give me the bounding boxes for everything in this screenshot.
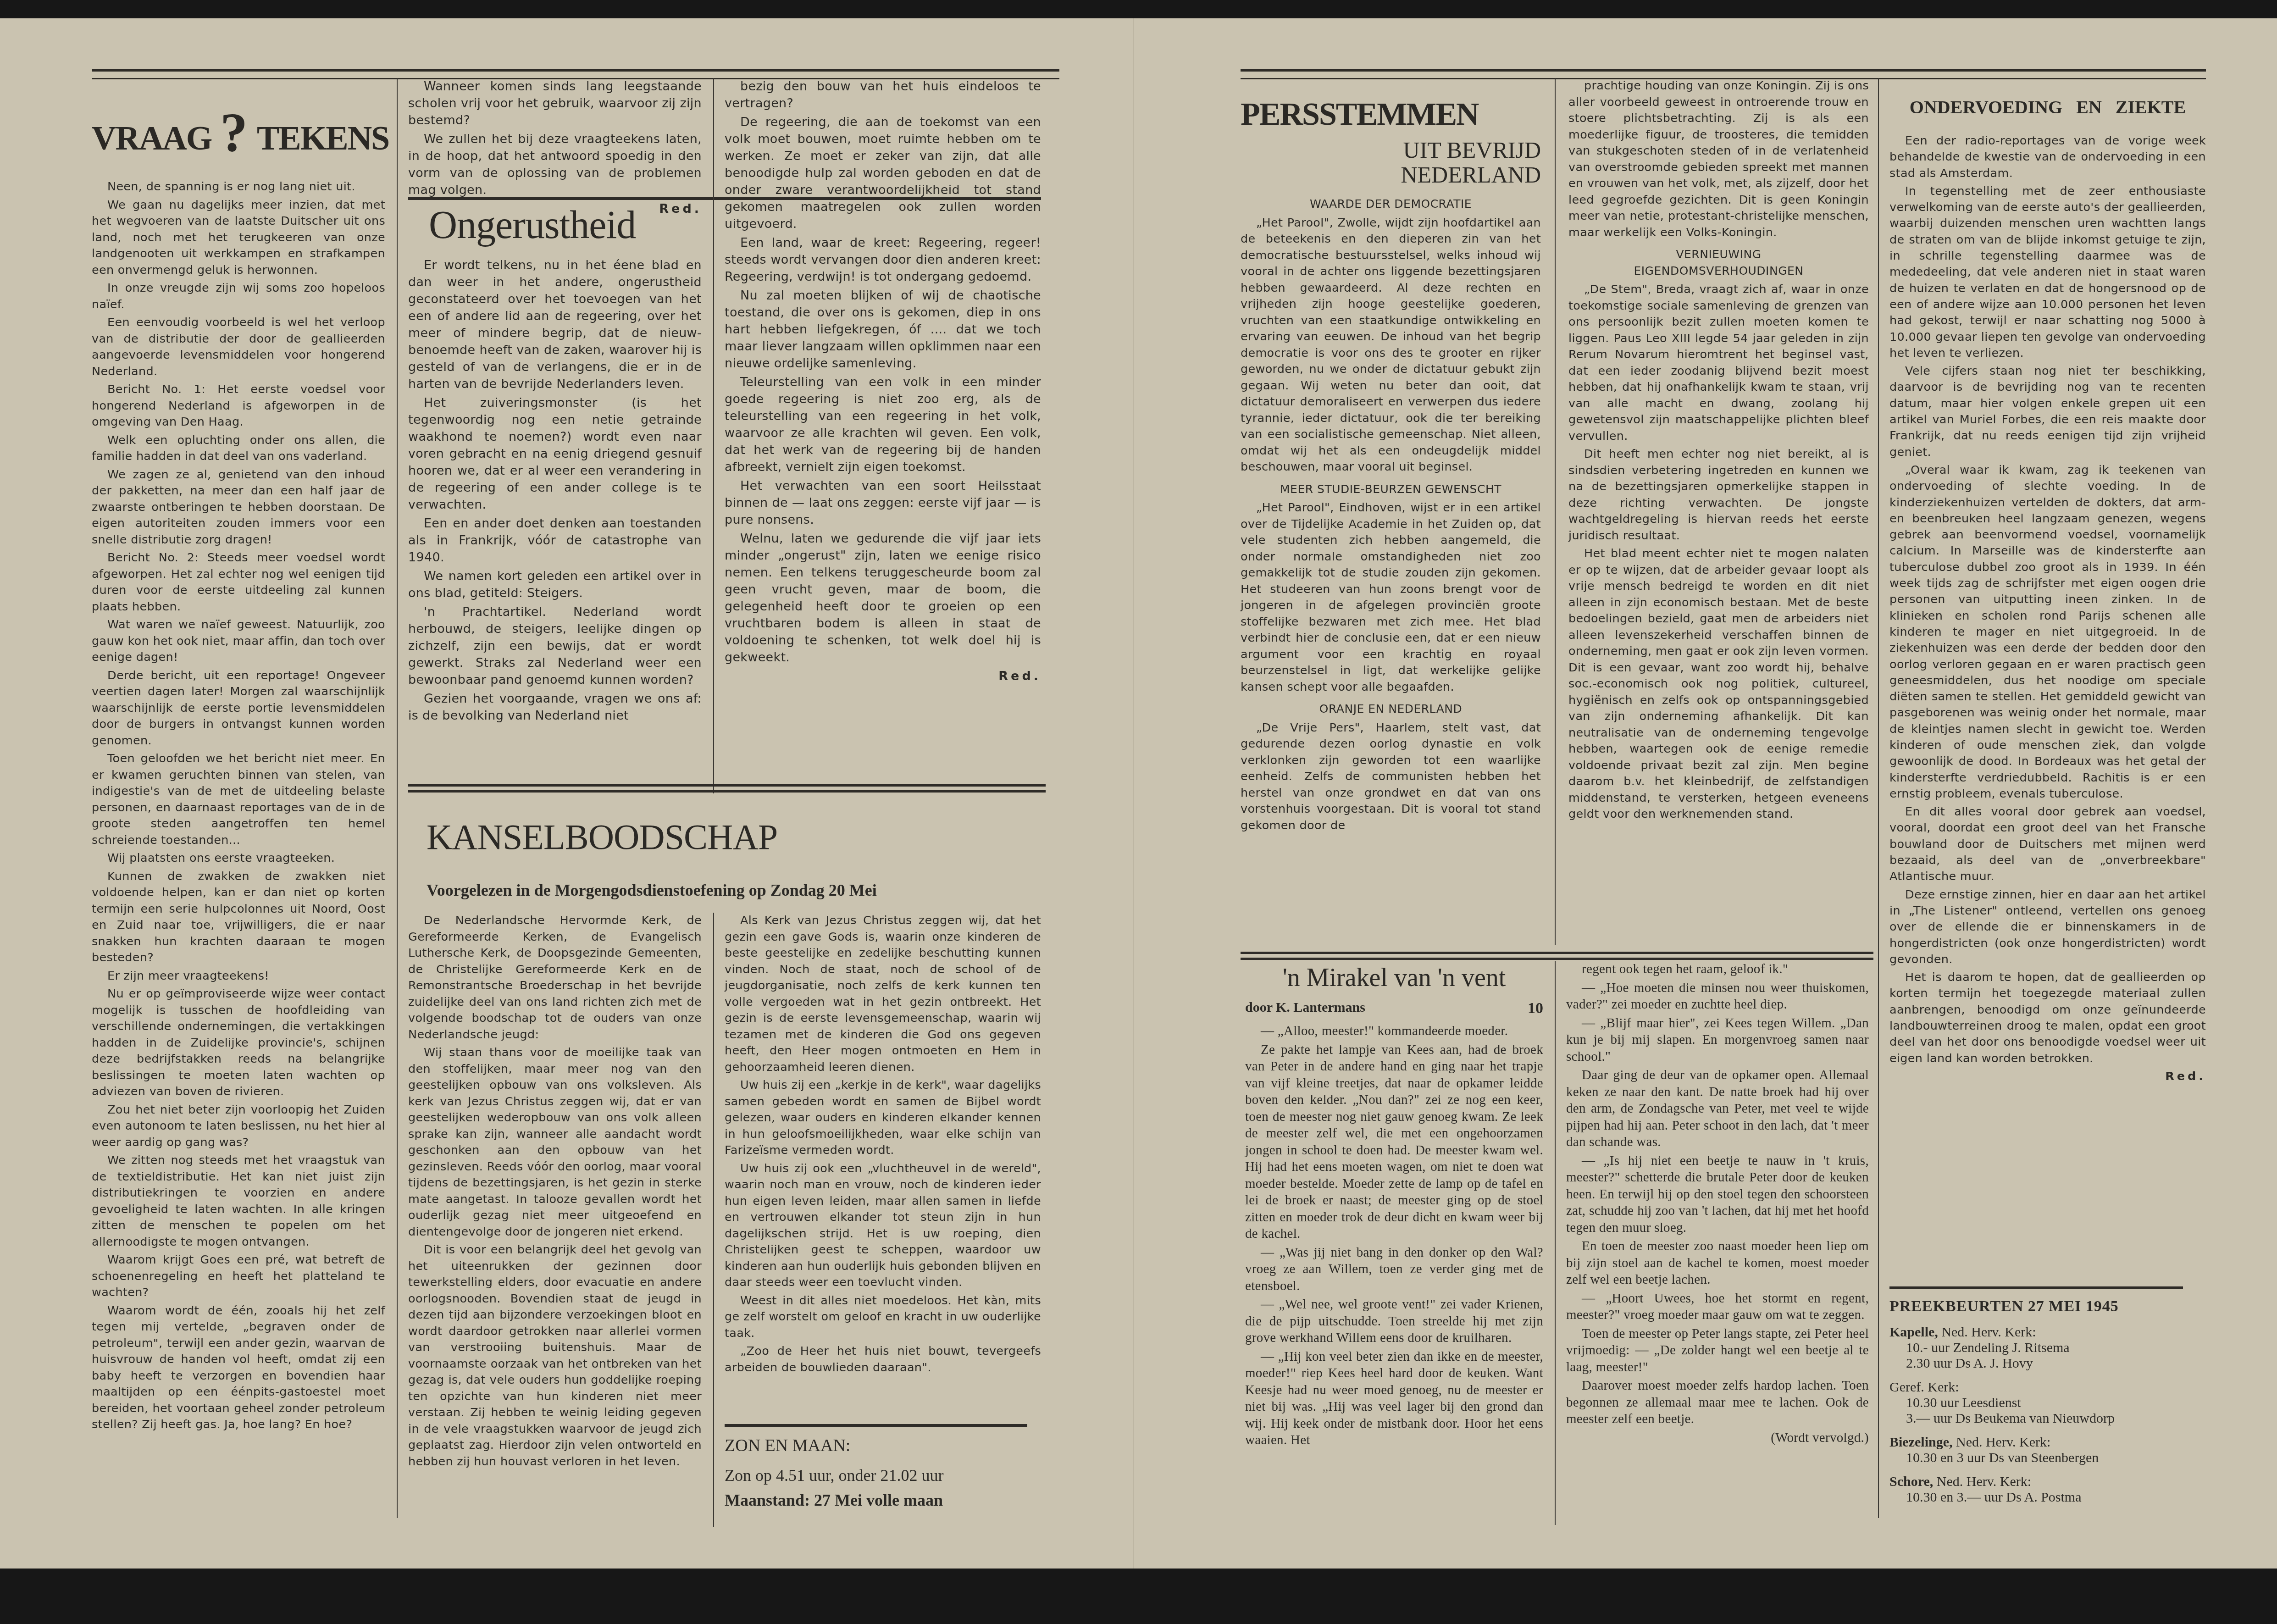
service-time: 3.— uur Ds Beukema van Nieuwdorp <box>1889 1411 2192 1426</box>
paragraph: De regeering, die aan de toekomst van ee… <box>725 114 1041 233</box>
service-time: 10.30 uur Leesdienst <box>1889 1395 2192 1411</box>
paragraph: bezig den bouw van het huis eindeloos te… <box>725 78 1041 112</box>
preekbeurten-title: PREEKBEURTEN 27 MEI 1945 <box>1889 1298 2192 1315</box>
signature: Red. <box>1889 1069 2206 1085</box>
column-divider <box>713 78 714 793</box>
kanselboodschap-title: KANSELBOODSCHAP <box>427 816 777 858</box>
paragraph: Gezien het voorgaande, vragen we ons af:… <box>408 690 702 724</box>
preekbeurten-box: PREEKBEURTEN 27 MEI 1945 Kapelle, Ned. H… <box>1889 1298 2192 1513</box>
subtitle-line: UIT BEVRIJD <box>1241 138 1541 162</box>
paragraph: „Het Parool", Zwolle, wijdt zijn hoofdar… <box>1241 215 1541 476</box>
left-page: VRAAG ? TEKENS Neen, de spanning is er n… <box>92 69 1059 1555</box>
persstemmen-column-1: WAARDE DER DEMOCRATIE„Het Parool", Zwoll… <box>1241 190 1541 836</box>
paragraph: Als Kerk van Jezus Christus zeggen wij, … <box>725 913 1041 1075</box>
paragraph: Bericht No. 2: Steeds meer voedsel wordt… <box>92 550 385 615</box>
paragraph: Daar ging de deur van de opkamer open. A… <box>1566 1067 1869 1151</box>
paragraph: Wanneer komen sinds lang leegstaande sch… <box>408 78 702 129</box>
service-time: 2.30 uur Ds A. J. Hovy <box>1889 1356 2192 1371</box>
paragraph: Toen de meester op Peter langs stapte, z… <box>1566 1325 1869 1376</box>
paragraph: Een land, waar de kreet: Regeering, rege… <box>725 234 1041 285</box>
church-entry: Kapelle, Ned. Herv. Kerk:10.- uur Zendel… <box>1889 1325 2192 1371</box>
paragraph: Het zuiveringsmonster (is het tegenwoord… <box>408 394 702 513</box>
service-time: 10.30 en 3.— uur Ds A. Postma <box>1889 1490 2192 1505</box>
church-entry: Schore, Ned. Herv. Kerk:10.30 en 3.— uur… <box>1889 1474 2192 1505</box>
paragraph: — „Was jij niet bang in den donker op de… <box>1245 1244 1543 1295</box>
paragraph: Wij staan thans voor de moeilijke taak v… <box>408 1045 702 1240</box>
paragraph: — „Wel nee, wel groote vent!" zei vader … <box>1245 1296 1543 1347</box>
signature: Red. <box>725 668 1041 685</box>
paragraph: Het blad meent echter niet te mogen nala… <box>1568 546 1869 823</box>
kanselboodschap-column-2: Als Kerk van Jezus Christus zeggen wij, … <box>725 913 1041 1378</box>
paragraph: Toen geloofden we het bericht niet meer.… <box>92 751 385 848</box>
vraagtekens-article: Neen, de spanning is er nog lang niet ui… <box>92 179 385 1435</box>
paragraph: 'n Prachtartikel. Nederland wordt herbou… <box>408 604 702 688</box>
subheading: WAARDE DER DEMOCRATIE <box>1241 196 1541 212</box>
ongerustheid-column-2: bezig den bouw van het huis eindeloos te… <box>725 78 1041 685</box>
column-divider <box>1555 961 1556 1525</box>
mirakel-byline-row: door K. Lantermans 10 <box>1245 1000 1543 1017</box>
church-entry: Biezelinge, Ned. Herv. Kerk:10.30 en 3 u… <box>1889 1435 2192 1466</box>
paragraph: Dit heeft men echter nog niet bereikt, a… <box>1568 446 1869 544</box>
paragraph: regent ook tegen het raam, geloof ik." <box>1566 961 1869 978</box>
ondervoeding-title: ONDERVOEDING EN ZIEKTE <box>1889 96 2206 118</box>
paragraph: Er zijn meer vraagteekens! <box>92 968 385 985</box>
church-service-list: Kapelle, Ned. Herv. Kerk:10.- uur Zendel… <box>1889 1325 2192 1505</box>
church-name: Geref. Kerk: <box>1889 1380 2192 1395</box>
paragraph: Neen, de spanning is er nog lang niet ui… <box>92 179 385 195</box>
paragraph: „De Stem", Breda, vraagt zich af, waar i… <box>1568 282 1869 444</box>
paragraph: Welk een opluchting onder ons allen, die… <box>92 432 385 465</box>
paragraph: Wij plaatsten ons eerste vraagteeken. <box>92 850 385 867</box>
page-fold <box>1133 18 1134 1569</box>
mirakel-column-2: regent ook tegen het raam, geloof ik."— … <box>1566 961 1869 1446</box>
section-rule <box>1241 952 1873 960</box>
paragraph: „Het Parool", Eindhoven, wijst er in een… <box>1241 500 1541 695</box>
paragraph: Daarover moest moeder zelfs hardop lache… <box>1566 1377 1869 1428</box>
ongerustheid-title: Ongerustheid <box>429 202 636 248</box>
paragraph: Deze ernstige zinnen, hier en daar aan h… <box>1889 887 2206 968</box>
section-rule <box>725 1424 1027 1427</box>
persstemmen-title: PERSSTEMMEN <box>1241 96 1479 133</box>
paragraph: „De Vrije Pers", Haarlem, stelt vast, da… <box>1241 720 1541 834</box>
church-entry: Geref. Kerk:10.30 uur Leesdienst3.— uur … <box>1889 1380 2192 1426</box>
paragraph: Er wordt telkens, nu in het éene blad en… <box>408 257 702 393</box>
church-name: Schore, Ned. Herv. Kerk: <box>1889 1474 2192 1490</box>
section-rule <box>408 784 1046 793</box>
paragraph: Weest in dit alles niet moedeloos. Het k… <box>725 1293 1041 1342</box>
paragraph: Ze pakte het lampje van Kees aan, had de… <box>1245 1042 1543 1242</box>
paragraph: Het is daarom te hopen, dat de geallieer… <box>1889 970 2206 1067</box>
title-word: VRAAG <box>92 119 211 158</box>
paragraph: Wat waren we naïef geweest. Natuurlijk, … <box>92 617 385 666</box>
paragraph: Nu er op geïmproviseerde wijze weer cont… <box>92 986 385 1100</box>
right-page: PERSSTEMMEN UIT BEVRIJD NEDERLAND WAARDE… <box>1241 69 2206 1555</box>
subheading: ORANJE EN NEDERLAND <box>1241 701 1541 717</box>
paragraph: En toen de meester zoo naast moeder heen… <box>1566 1238 1869 1288</box>
paragraph: Een eenvoudig voorbeeld is wel het verlo… <box>92 315 385 380</box>
paragraph: — „Alloo, meester!" kommandeerde moeder. <box>1245 1023 1543 1040</box>
paragraph: „Zoo de Heer het huis niet bouwt, teverg… <box>725 1343 1041 1376</box>
sun-times: Zon op 4.51 uur, onder 21.02 uur <box>725 1466 1027 1485</box>
zon-en-maan-box: ZON EN MAAN: Zon op 4.51 uur, onder 21.0… <box>725 1436 1027 1510</box>
paragraph: — „Hoe moeten die minsen nou weer thuisk… <box>1566 980 1869 1013</box>
mirakel-title: 'n Mirakel van 'n vent <box>1245 963 1543 992</box>
moon-phase: Maanstand: 27 Mei volle maan <box>725 1491 1027 1510</box>
persstemmen-column-2: prachtige houding van onze Koningin. Zij… <box>1568 78 1869 825</box>
paragraph: Welnu, laten we gedurende die vijf jaar … <box>725 530 1041 666</box>
question-mark: ? <box>220 101 248 164</box>
kanselboodschap-subtitle: Voorgelezen in de Morgengodsdienstoefeni… <box>427 881 877 900</box>
paragraph: Teleurstelling van een volk in een minde… <box>725 374 1041 476</box>
paragraph: In tegenstelling met de zeer enthousiast… <box>1889 183 2206 361</box>
paragraph: Bericht No. 1: Het eerste voedsel voor h… <box>92 382 385 431</box>
paragraph: Zou het niet beter zijn voorloopig het Z… <box>92 1102 385 1151</box>
persstemmen-subtitle: UIT BEVRIJD NEDERLAND <box>1241 138 1541 187</box>
title-word: TEKENS <box>257 119 389 158</box>
service-time: 10.- uur Zendeling J. Ritsema <box>1889 1340 2192 1356</box>
paragraph: We zullen het bij deze vraagteekens late… <box>408 131 702 199</box>
subheading: EIGENDOMSVERHOUDINGEN <box>1568 263 1869 279</box>
zon-en-maan-title: ZON EN MAAN: <box>725 1436 1027 1456</box>
subheading: VERNIEUWING <box>1568 246 1869 263</box>
episode-number: 10 <box>1528 1000 1543 1017</box>
paragraph: — „Is hij niet een beetje te nauw in 't … <box>1566 1153 1869 1236</box>
paragraph: — „Blijf maar hier", zei Kees tegen Will… <box>1566 1015 1869 1065</box>
column-divider <box>713 913 714 1527</box>
section-rule <box>1889 1286 2183 1289</box>
paragraph: In onze vreugde zijn wij soms zoo hopelo… <box>92 280 385 313</box>
paragraph: We zagen ze al, genietend van den inhoud… <box>92 467 385 549</box>
paragraph: Kunnen de zwakken de zwakken niet voldoe… <box>92 869 385 966</box>
paragraph: Een en ander doet denken aan toestanden … <box>408 515 702 566</box>
mirakel-column-1: — „Alloo, meester!" kommandeerde moeder.… <box>1245 1023 1543 1451</box>
paragraph: prachtige houding van onze Koningin. Zij… <box>1568 78 1869 241</box>
column-divider <box>397 78 398 1518</box>
paragraph: Uw huis zij een „kerkje in de kerk", waa… <box>725 1077 1041 1159</box>
paragraph: Dit is voor een belangrijk deel het gevo… <box>408 1242 702 1470</box>
paragraph: Waarom wordt de één, zooals hij het zelf… <box>92 1303 385 1433</box>
paragraph: We gaan nu dagelijks meer inzien, dat me… <box>92 197 385 279</box>
church-name: Biezelinge, Ned. Herv. Kerk: <box>1889 1435 2192 1450</box>
paragraph: We zitten nog steeds met het vraagstuk v… <box>92 1153 385 1250</box>
church-name: Kapelle, Ned. Herv. Kerk: <box>1889 1325 2192 1340</box>
paragraph: Nu zal moeten blijken of wij de chaotisc… <box>725 287 1041 372</box>
ondervoeding-article: Een der radio-reportages van de vorige w… <box>1889 133 2206 1085</box>
intro-continuation: Wanneer komen sinds lang leegstaande sch… <box>408 78 702 217</box>
subtitle-line: NEDERLAND <box>1241 162 1541 187</box>
service-time: 10.30 en 3 uur Ds van Steenbergen <box>1889 1450 2192 1466</box>
paragraph: Waarom krijgt Goes een pré, wat betreft … <box>92 1252 385 1301</box>
vraagtekens-title: VRAAG ? TEKENS <box>92 96 385 165</box>
paragraph: Uw huis zij ook een „vluchtheuvel in de … <box>725 1161 1041 1291</box>
paragraph: — „Hij kon veel beter zien dan ikke en d… <box>1245 1348 1543 1449</box>
subheading: MEER STUDIE-BEURZEN GEWENSCHT <box>1241 481 1541 498</box>
paragraph: De Nederlandsche Hervormde Kerk, de Gere… <box>408 913 702 1043</box>
paragraph: En dit alles vooral door gebrek aan voed… <box>1889 804 2206 885</box>
column-divider <box>1555 78 1556 945</box>
paragraph: We namen kort geleden een artikel over i… <box>408 568 702 602</box>
paragraph: — „Hoort Uwees, hoe het stormt en regent… <box>1566 1290 1869 1324</box>
author-byline: door K. Lantermans <box>1245 1000 1365 1015</box>
paragraph: „Overal waar ik kwam, zag ik teekenen va… <box>1889 462 2206 802</box>
kanselboodschap-column-1: De Nederlandsche Hervormde Kerk, de Gere… <box>408 913 702 1472</box>
paragraph: Het verwachten van een soort Heilsstaat … <box>725 477 1041 528</box>
paragraph: Derde bericht, uit een reportage! Ongeve… <box>92 668 385 749</box>
to-be-continued: (Wordt vervolgd.) <box>1566 1430 1869 1447</box>
paragraph: Vele cijfers staan nog niet ter beschikk… <box>1889 363 2206 460</box>
paragraph: Een der radio-reportages van de vorige w… <box>1889 133 2206 182</box>
ongerustheid-column-1: Er wordt telkens, nu in het éene blad en… <box>408 257 702 726</box>
column-divider <box>1878 78 1879 1518</box>
